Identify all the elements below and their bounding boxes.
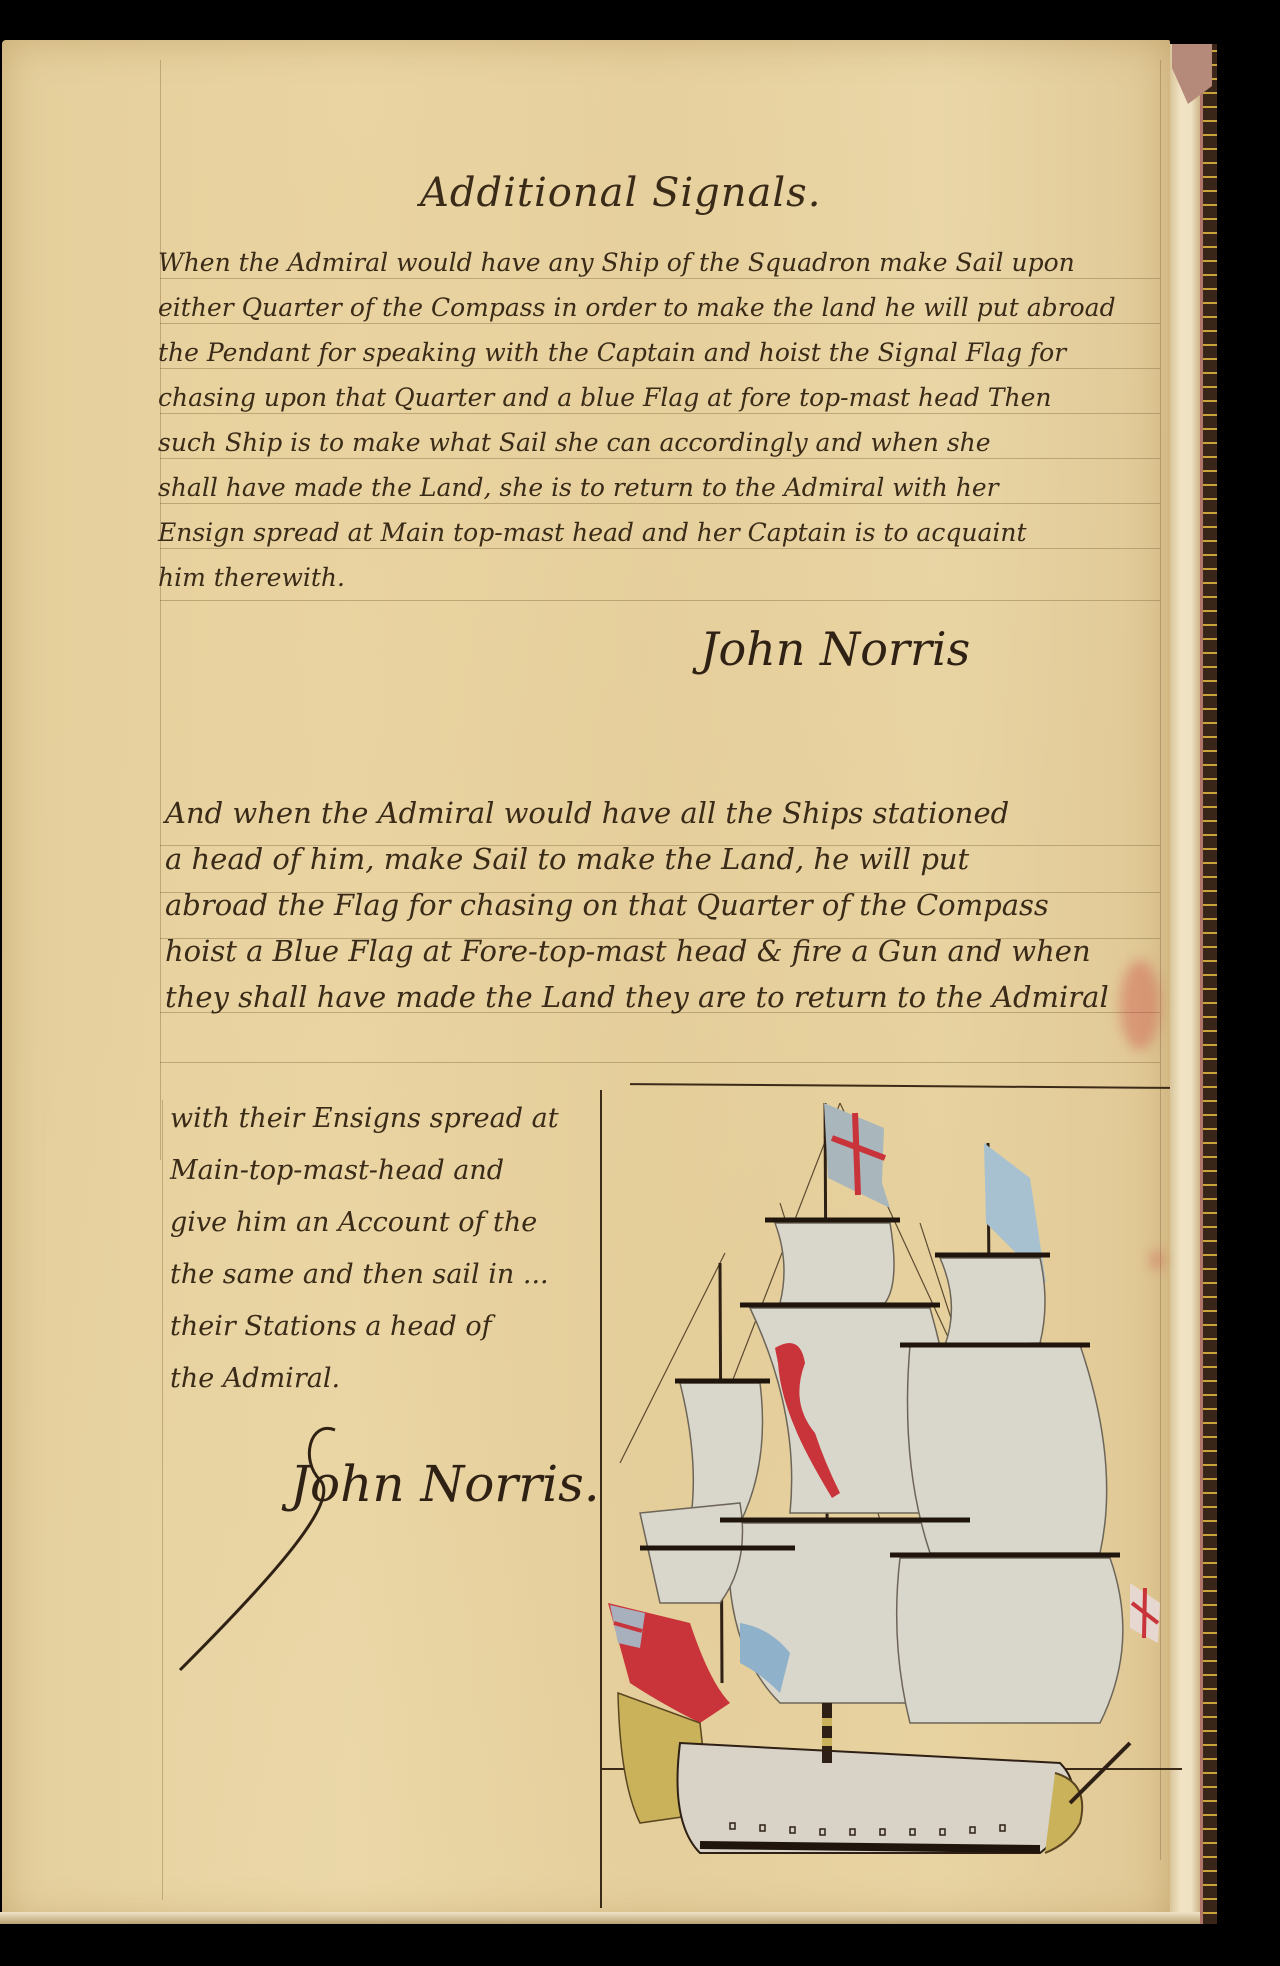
text-line: abroad the Flag for chasing on that Quar… [165, 882, 1109, 928]
left-margin-rule [160, 60, 161, 1160]
text-line: the Pendant for speaking with the Captai… [158, 330, 1116, 375]
text-line: the same and then sail in ... [170, 1249, 559, 1301]
signature-john-norris-1: John Norris [700, 622, 970, 676]
signature-flourish [160, 1420, 360, 1680]
text-line: the Admiral. [170, 1353, 559, 1405]
signal-paragraph-3: with their Ensigns spread at Main-top-ma… [170, 1093, 559, 1405]
signal-paragraph-1: When the Admiral would have any Ship of … [158, 240, 1116, 600]
page-title: Additional Signals. [420, 170, 920, 216]
text-line: And when the Admiral would have all the … [165, 790, 1109, 836]
page-bottom-edge [0, 1912, 1200, 1924]
ship-illustration [600, 1083, 1175, 1913]
bow-jack [1130, 1583, 1160, 1643]
text-line: When the Admiral would have any Ship of … [158, 240, 1116, 285]
gilt-binding-edge [1200, 44, 1217, 1924]
text-line: hoist a Blue Flag at Fore-top-mast head … [165, 928, 1109, 974]
text-line: Ensign spread at Main top-mast head and … [158, 510, 1116, 555]
text-line: such Ship is to make what Sail she can a… [158, 420, 1116, 465]
text-line: Main-top-mast-head and [170, 1145, 559, 1197]
text-line: give him an Account of the [170, 1197, 559, 1249]
text-line: either Quarter of the Compass in order t… [158, 285, 1116, 330]
signal-paragraph-2: And when the Admiral would have all the … [165, 790, 1109, 1020]
red-stain [1120, 960, 1160, 1050]
text-line: their Stations a head of [170, 1301, 559, 1353]
union-flag [824, 1103, 890, 1208]
text-line: him therewith. [158, 555, 1116, 600]
writing-rule [160, 1062, 1160, 1063]
writing-rule [160, 600, 1160, 601]
text-line: shall have made the Land, she is to retu… [158, 465, 1116, 510]
text-line: chasing upon that Quarter and a blue Fla… [158, 375, 1116, 420]
text-line: with their Ensigns spread at [170, 1093, 559, 1145]
text-line: they shall have made the Land they are t… [165, 974, 1109, 1020]
text-line: a head of him, make Sail to make the Lan… [165, 836, 1109, 882]
